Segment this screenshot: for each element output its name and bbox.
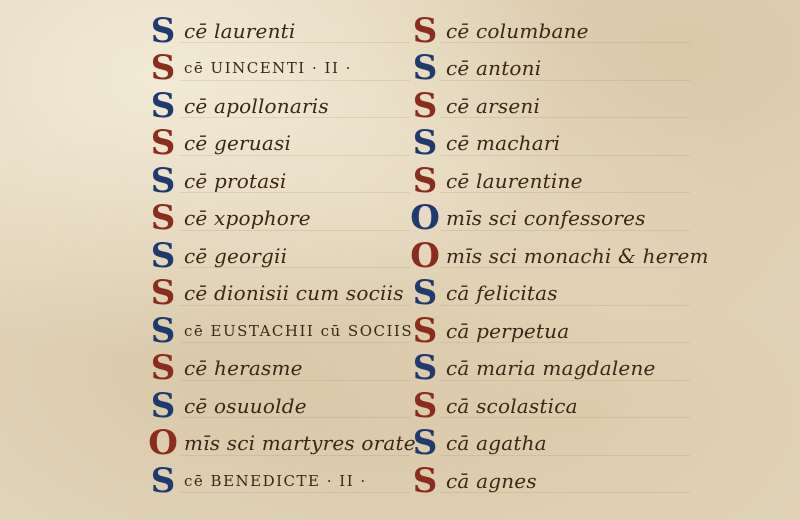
saint-invocation-text: cā agnes	[446, 469, 537, 493]
initial-o: O	[148, 426, 178, 460]
litany-entry: Omīs sci confessores	[410, 200, 700, 238]
initial-s: S	[148, 51, 178, 85]
initial-s: S	[410, 276, 440, 310]
litany-entry: Scā agatha	[410, 425, 700, 463]
litany-entry: Scē georgii	[148, 237, 408, 275]
saint-invocation-text: cē UINCENTI · II ·	[184, 59, 352, 77]
initial-s: S	[148, 14, 178, 48]
initial-o: O	[410, 201, 440, 235]
saint-invocation-text: mīs sci monachi & herem	[446, 244, 709, 268]
litany-entry: Scē dionisii cum sociis	[148, 275, 408, 313]
litany-entry: Omīs sci monachi & herem	[410, 237, 700, 275]
saint-invocation-text: cē georgii	[184, 244, 287, 268]
litany-entry: Scē UINCENTI · II ·	[148, 50, 408, 88]
saint-invocation-text: cē protasi	[184, 169, 286, 193]
litany-entry: Scē xpophore	[148, 200, 408, 238]
saint-invocation-text: cē arseni	[446, 94, 540, 118]
initial-s: S	[410, 389, 440, 423]
initial-s: S	[148, 389, 178, 423]
initial-s: S	[148, 89, 178, 123]
initial-s: S	[148, 239, 178, 273]
litany-entry: Omīs sci martyres orate	[148, 425, 408, 463]
litany-entry: Scā maria magdalene	[410, 350, 700, 388]
litany-entry: Scē laurenti	[148, 12, 408, 50]
initial-s: S	[410, 426, 440, 460]
litany-entry: Scē geruasi	[148, 125, 408, 163]
litany-entry: Scē BENEDICTE · II ·	[148, 462, 408, 500]
manuscript-page: Scē laurentiScē UINCENTI · II ·Scē apoll…	[0, 0, 800, 520]
initial-s: S	[148, 164, 178, 198]
litany-entry: Scā perpetua	[410, 312, 700, 350]
saint-invocation-text: cē machari	[446, 131, 560, 155]
initial-s: S	[410, 464, 440, 498]
litany-right-column: Scē columbaneScē antoniScē arseniScē mac…	[410, 12, 700, 500]
litany-entry: Scē apollonaris	[148, 87, 408, 125]
saint-invocation-text: mīs sci martyres orate	[184, 431, 416, 455]
initial-s: S	[410, 351, 440, 385]
saint-invocation-text: cā scolastica	[446, 394, 578, 418]
saint-invocation-text: cē laurenti	[184, 19, 296, 43]
initial-s: S	[148, 201, 178, 235]
saint-invocation-text: cē EUSTACHII cū SOCIIS	[184, 322, 413, 340]
saint-invocation-text: cē apollonaris	[184, 94, 329, 118]
initial-s: S	[410, 314, 440, 348]
saint-invocation-text: cē columbane	[446, 19, 589, 43]
saint-invocation-text: mīs sci confessores	[446, 206, 646, 230]
initial-s: S	[148, 464, 178, 498]
saint-invocation-text: cē laurentine	[446, 169, 583, 193]
saint-invocation-text: cā maria magdalene	[446, 356, 656, 380]
saint-invocation-text: cē herasme	[184, 356, 303, 380]
saint-invocation-text: cē BENEDICTE · II ·	[184, 472, 367, 490]
litany-entry: Scē laurentine	[410, 162, 700, 200]
litany-left-column: Scē laurentiScē UINCENTI · II ·Scē apoll…	[148, 12, 408, 500]
saint-invocation-text: cā agatha	[446, 431, 547, 455]
initial-s: S	[410, 89, 440, 123]
litany-entry: Scē herasme	[148, 350, 408, 388]
litany-entry: Scē EUSTACHII cū SOCIIS	[148, 312, 408, 350]
litany-entry: Scē machari	[410, 125, 700, 163]
initial-s: S	[148, 314, 178, 348]
saint-invocation-text: cē xpophore	[184, 206, 311, 230]
saint-invocation-text: cē osuuolde	[184, 394, 307, 418]
initial-s: S	[410, 126, 440, 160]
initial-s: S	[410, 14, 440, 48]
litany-entry: Scē columbane	[410, 12, 700, 50]
saint-invocation-text: cā felicitas	[446, 281, 558, 305]
saint-invocation-text: cē dionisii cum sociis	[184, 281, 404, 305]
litany-entry: Scā agnes	[410, 462, 700, 500]
litany-entry: Scē osuuolde	[148, 387, 408, 425]
saint-invocation-text: cē antoni	[446, 56, 541, 80]
litany-entry: Scē protasi	[148, 162, 408, 200]
saint-invocation-text: cē geruasi	[184, 131, 291, 155]
initial-o: O	[410, 239, 440, 273]
initial-s: S	[148, 126, 178, 160]
litany-entry: Scē arseni	[410, 87, 700, 125]
saint-invocation-text: cā perpetua	[446, 319, 569, 343]
initial-s: S	[410, 164, 440, 198]
initial-s: S	[410, 51, 440, 85]
litany-entry: Scā felicitas	[410, 275, 700, 313]
litany-entry: Scā scolastica	[410, 387, 700, 425]
initial-s: S	[148, 351, 178, 385]
litany-entry: Scē antoni	[410, 50, 700, 88]
initial-s: S	[148, 276, 178, 310]
